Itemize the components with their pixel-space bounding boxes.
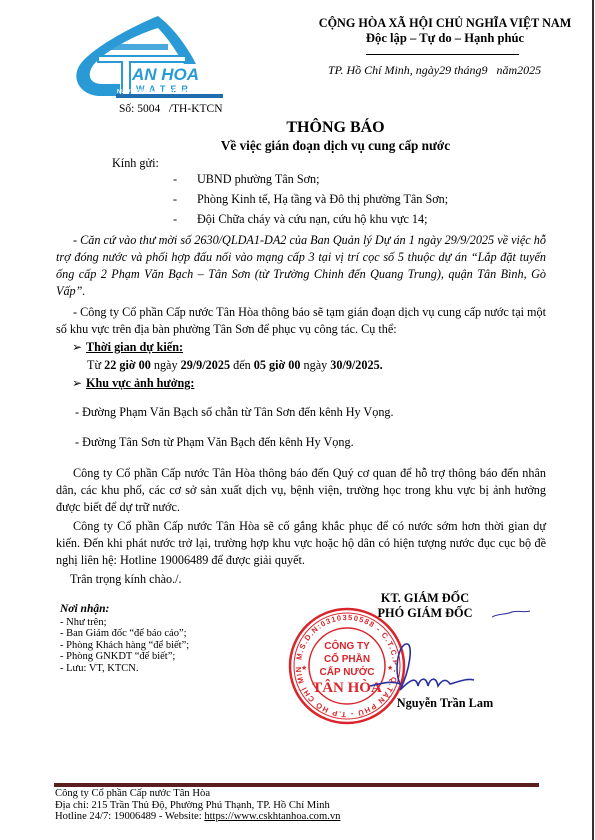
- document-title: THÔNG BÁO: [38, 119, 595, 137]
- svg-text:CỔ PHẦN: CỔ PHẦN: [324, 652, 370, 665]
- distribution-item: - Ban Giám đốc “để báo cáo”;: [60, 628, 189, 640]
- footer-divider: [54, 783, 539, 787]
- area-heading: ➢Khu vực ảnh hưởng:: [72, 375, 194, 392]
- distribution-list: Nơi nhận: - Như trên; - Ban Giám đốc “để…: [60, 604, 189, 674]
- affected-area-item: - Đường Phạm Văn Bạch số chẵn từ Tân Sơn…: [75, 404, 394, 421]
- recipients-label: Kính gửi:: [112, 155, 159, 172]
- arrow-bullet-icon: ➢: [72, 375, 86, 392]
- effort-paragraph: Công ty Cổ phần Cấp nước Tân Hòa sẽ cố g…: [56, 518, 546, 569]
- logo-slogan: NƯỚC SẠCH CỦA MỌI NHÀ: [117, 89, 193, 95]
- time-heading: ➢Thời gian dự kiến:: [72, 339, 183, 356]
- website-link[interactable]: https://www.cskhtanhoa.com.vn: [204, 811, 340, 822]
- basis-paragraph: - Căn cứ vào thư mời số 2630/QLDA1-DA2 c…: [56, 232, 546, 300]
- affected-area-item: - Đường Tân Sơn từ Phạm Văn Bạch đến kên…: [75, 434, 354, 451]
- distribution-label: Nơi nhận:: [60, 604, 189, 616]
- distribution-item: - Phòng Khách hàng “để biết”;: [60, 640, 189, 652]
- announcement-paragraph: - Công ty Cổ phần Cấp nước Tân Hòa thông…: [56, 304, 546, 338]
- document-number: Số: 5004 /TH-KTCN: [119, 103, 223, 115]
- company-footer: Công ty Cổ phần Cấp nước Tân Hòa Địa chỉ…: [55, 788, 340, 823]
- notify-paragraph: Công ty Cổ phần Cấp nước Tân Hòa thông b…: [56, 465, 546, 516]
- initial-mark: [492, 606, 532, 616]
- issue-date: TP. Hồ Chí Minh, ngày29 tháng9 năm2025: [328, 63, 541, 78]
- arrow-bullet-icon: ➢: [72, 339, 86, 356]
- closing-line: Trân trọng kính chào./.: [70, 571, 182, 588]
- distribution-item: - Phòng GNKDT “để biết”;: [60, 651, 189, 663]
- svg-text:★: ★: [301, 664, 307, 672]
- signer-name: Nguyễn Trần Lam: [350, 696, 540, 711]
- svg-text:AN HOA: AN HOA: [131, 65, 199, 84]
- recipient-item: -Đội Chữa cháy và cứu nạn, cứu hộ khu vự…: [173, 211, 428, 228]
- recipient-item: -UBND phường Tân Sơn;: [173, 171, 320, 188]
- tan-hoa-water-logo: AN HOA WATER NƯỚC SẠCH CỦA MỌI NHÀ: [68, 14, 228, 98]
- footer-company: Công ty Cổ phần Cấp nước Tân Hòa: [55, 788, 340, 800]
- svg-text:CẤP NƯỚC: CẤP NƯỚC: [320, 665, 375, 678]
- svg-text:CÔNG TY: CÔNG TY: [324, 639, 370, 652]
- motto-underline: [366, 54, 519, 55]
- distribution-item: - Lưu: VT, KTCN.: [60, 663, 189, 675]
- document-subject: Về việc gián đoạn dịch vụ cung cấp nước: [38, 138, 595, 154]
- outage-time: Từ 22 giờ 00 ngày 29/9/2025 đến 05 giờ 0…: [87, 357, 383, 374]
- recipient-item: -Phòng Kinh tế, Hạ tầng và Đô thị phường…: [173, 191, 448, 208]
- signature-title-1: KT. GIÁM ĐỐC: [330, 591, 520, 606]
- national-title: CỘNG HÒA XÃ HỘI CHỦ NGHĨA VIỆT NAM: [300, 16, 590, 31]
- distribution-item: - Như trên;: [60, 617, 189, 629]
- footer-contact: Hotline 24/7: 19006489 - Website: https:…: [55, 811, 340, 823]
- footer-address: Địa chỉ: 215 Trần Thủ Độ, Phường Phú Thạ…: [55, 800, 340, 812]
- national-motto: Độc lập – Tự do – Hạnh phúc: [300, 31, 590, 46]
